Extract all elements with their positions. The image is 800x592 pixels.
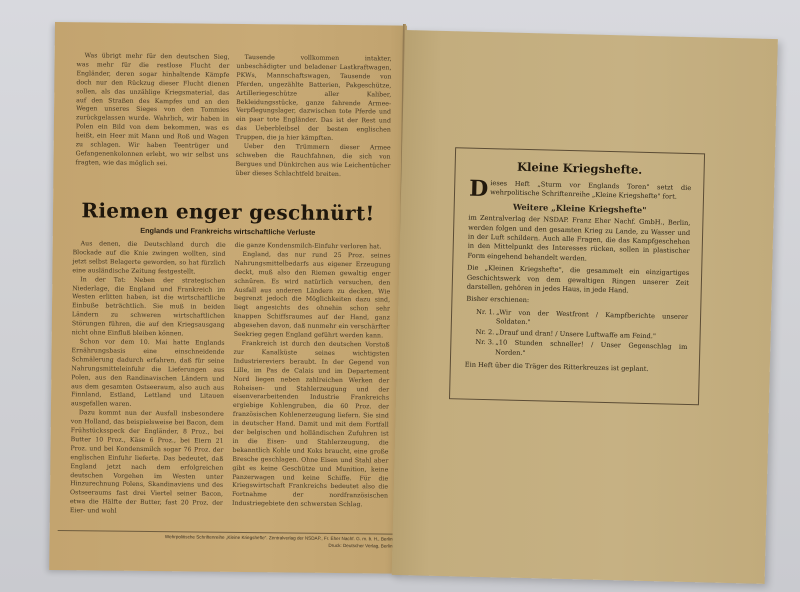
issue-title: „10 Stunden schneller! / Unser Gegenschl…: [495, 338, 687, 361]
article-subheadline: Englands und Frankreichs wirtschaftliche…: [63, 225, 393, 237]
series-info-box: Kleine Kriegshefte. Dieses Heft „Sturm v…: [449, 147, 705, 405]
top-right-column: Tausende vollkommen intakter, unbeschädi…: [235, 54, 391, 180]
page-footer: Wehrpolitische Schriftenreihe „Kleine Kr…: [58, 533, 393, 550]
paragraph: Ueber den Trümmern dieser Armee schweben…: [235, 143, 390, 180]
left-page: Was übrigt mehr für den deutschen Sieg, …: [49, 22, 407, 574]
paragraph: Dazu kommt nun der Ausfall insbesondere …: [70, 409, 224, 517]
paragraph: Tausende vollkommen intakter, unbeschädi…: [236, 54, 392, 145]
bottom-left-column: Aus denen, die Deutschland durch die Blo…: [70, 240, 226, 518]
article-headline: Riemen enger geschnürt!: [63, 198, 393, 225]
paragraph: Was übrigt mehr für den deutschen Sieg, …: [75, 52, 229, 169]
series-closing: Ein Heft über die Träger des Ritterkreuz…: [465, 360, 687, 375]
series-paragraph-2: Die „Kleinen Kriegshefte", die gesammelt…: [467, 264, 690, 298]
paragraph: Frankreich ist durch den deutschen Vorst…: [232, 340, 390, 511]
paragraph: In der Tat: Neben der strategischen Nied…: [72, 276, 226, 340]
issue-number: Nr. 1.: [476, 308, 496, 327]
issue-number: Nr. 3.: [475, 338, 495, 357]
issue-item: Nr. 3.„10 Stunden schneller! / Unser Geg…: [475, 338, 687, 362]
paragraph: Aus denen, die Deutschland durch die Blo…: [72, 240, 225, 277]
issue-number: Nr. 2.: [476, 328, 496, 338]
top-left-column: Was übrigt mehr für den deutschen Sieg, …: [75, 52, 229, 169]
bottom-right-column: die ganze Kondensmilch-Einfuhr verloren …: [232, 242, 391, 511]
photo-scene: Was übrigt mehr für den deutschen Sieg, …: [0, 0, 800, 592]
paragraph: England, das nur rund 25 Proz. seines Na…: [234, 251, 391, 342]
series-paragraph-1: im Zentralverlag der NSDAP. Franz Eher N…: [467, 214, 690, 266]
paragraph: Schon vor dem 10. Mai hatte Englands Ern…: [71, 338, 225, 411]
right-page: Kleine Kriegshefte. Dieses Heft „Sturm v…: [392, 30, 778, 584]
issues-list: Nr. 1.„Wir von der Westfront / Kampfberi…: [465, 307, 688, 361]
drop-cap: D: [469, 180, 489, 198]
series-intro: Dieses Heft „Sturm vor Englands Toren" s…: [469, 179, 691, 203]
series-title: Kleine Kriegshefte.: [456, 158, 704, 178]
series-body: Dieses Heft „Sturm vor Englands Toren" s…: [465, 179, 692, 379]
